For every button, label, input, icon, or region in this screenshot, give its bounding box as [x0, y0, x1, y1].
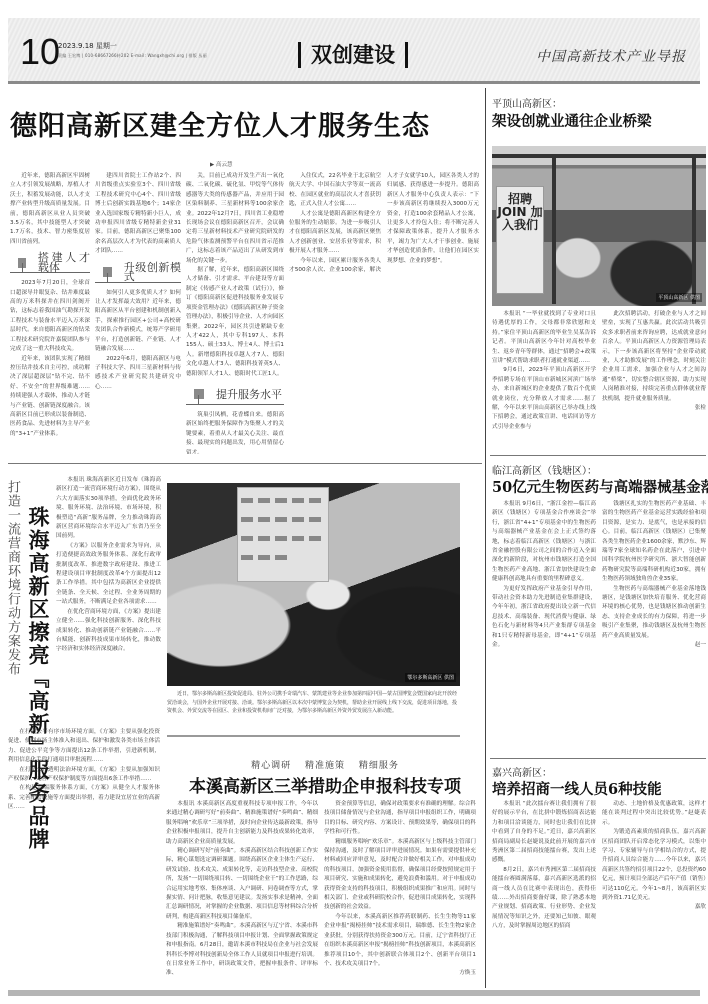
linjiang-kicker: 临江高新区（钱塘区）： [492, 462, 597, 477]
paragraph: 8月2日，嘉兴市秀洲区第二届招商技能擂台赛圆满落幕，嘉兴高新区选派的招商一线人员… [492, 866, 596, 932]
paragraph: 本报讯 珠海高新区近日发布《珠海高新区打造一流营商环境行动方案》，围绕从六大方面… [56, 476, 161, 542]
paragraph: 精准施策谱好“奏鸣曲”。本溪高新区与辽宁省、本溪市科技部门积极沟通，了解科技项目… [166, 922, 318, 978]
subhead-marker-icon [194, 389, 204, 399]
paragraph: 在打造公平有序市场环境方面，《方案》主要从强化投资促进、便利市场主体准入和退出、… [8, 728, 160, 766]
paragraph: 关，目前已成功开发生产出一氧化碳、二氧化碳、硫化氢、甲烷等气体传感器等大类的传感… [186, 172, 284, 266]
subhead-2: 升级创新模式 [95, 263, 181, 283]
page-number: 10 [20, 34, 60, 70]
pingdingshan-headline: 架设创就业通往企业桥梁 [492, 110, 652, 131]
paragraph: 在打造公正透明法治环境方面，《方案》主要从加强知识产权保护、完善产权保护制度等方… [8, 766, 160, 785]
lead-column-2: 建四川省院士工作站2个、四川省级重点实验室3个、四川省级工程技术研究中心4个、四… [95, 172, 181, 454]
subhead-marker-icon [18, 258, 26, 268]
paragraph: 筑巢引凤栖，花香蝶自来。德阳高新区始终把服务保障作为集聚人才的关键要素，着重从人… [186, 411, 284, 454]
paragraph: 动态、土地价格及优惠政策，这样才能在谈判过程中突出比较优势。”赵婕表示。 [602, 800, 706, 828]
subhead-1: 搭建人才载体 [10, 253, 90, 273]
divider [8, 463, 482, 464]
lead-byline: ▶ 高云慧 [210, 160, 232, 168]
paragraph: 《方案》以服务企业需求为导向，从打造便捷高效政务服务体系、深化行政审批制度改革、… [56, 542, 161, 608]
subhead-marker-icon [103, 267, 112, 277]
jiaxing-kicker: 嘉兴高新区： [492, 764, 552, 779]
lead-column-3: 关，目前已成功开发生产出一氧化碳、二氧化碳、硫化氢、甲烷等气体传感器等大类的传感… [186, 172, 284, 454]
paragraph: 近年来，德阳高新区牢固树立人才引领发展战略，厚植人才沃土，积蓄发展动能，以人才支… [10, 172, 90, 247]
column-divider [485, 88, 486, 988]
paragraph: 据了解，近年来，德阳高新区围绕人才储备、引才需求、平台建设等方面制定《传感产业人… [186, 266, 284, 379]
recruitment-sign: 招聘 JOIN 加入我们 [496, 186, 544, 294]
issue-date: 2023.9.18 星期一 [58, 41, 117, 51]
divider [490, 758, 706, 759]
masthead: 10 2023.9.18 星期一 责编 王宏博 | 010-68667266转2… [8, 18, 700, 84]
paragraph: 资金预算等信息，确保对政策要求有准确的理解。综合科技项目储备情况与企业沟通，指导… [324, 800, 476, 838]
paragraph: 人才公寓是德阳高新区构建全方位服务的生动缩影。为进一步吸引人才在德阳高新区发展，… [289, 210, 381, 257]
linjiang-headline: 50亿元生物医药与高端器械基金落地 [492, 476, 708, 497]
editor-meta: 责编 王宏博 | 010-68667266转202 E-mail: Wangxh… [58, 53, 207, 59]
paragraph: 2023年7月20日，全球首口超深导井眼复杂、钻井难度最高的万米科探井在四川剑阁… [10, 279, 90, 354]
benxi-headline: 本溪高新区三举措助企申报科技专项 [160, 772, 490, 797]
paragraph: 在优化营商环境方面，《方案》提出建立健全……强化科技创新服务、深化科技成果转化、… [56, 608, 161, 655]
zhuhai-kicker: 打造一流营商环境行动方案发布 [6, 480, 20, 676]
pingdingshan-signature: 张检 [695, 404, 706, 413]
paragraph: 生物医药与高端器械产业基金落地钱塘区，是钱塘区加快培育服务、优化营商环境的核心优… [602, 585, 706, 641]
paragraph: 建四川省院士工作站2个、四川省级重点实验室3个、四川省级工程技术研究中心4个、四… [95, 172, 181, 257]
benxi-column-1: 本报讯 本溪高新区高度重视科技专项申报工作，今年以来通过精心调研写好“前奏曲”、… [166, 800, 318, 986]
photo-credit: 鄂尔多斯高新区 供图 [405, 673, 456, 682]
paragraph: 如何引人更多优质人才？如何让人才发挥最大效用？近年来，德阳高新区从平台创建和机制… [95, 289, 181, 355]
paragraph: 此次招聘活动，打破企业与人才之间壁垒，实现了互惠共赢。此次活动共吸引众多求职者前… [602, 310, 706, 404]
pingdingshan-column-2: 此次招聘活动，打破企业与人才之间壁垒，实现了互惠共赢。此次活动共吸引众多求职者前… [602, 310, 706, 450]
newspaper-logo: 中国高新技术产业导报 [536, 46, 686, 66]
paragraph: 本报讯 “一毕业就找到了专业对口且待遇优厚的工作，父母都非常欣慰和支持。”家住平… [492, 310, 596, 366]
paragraph: 精细服务唱响“欢乐章”。本溪高新区与上级科技主管部门保持沟通，及时了解项目评审进… [324, 838, 476, 913]
paragraph: 9月6日，2023年平顶山高新区开学季招聘专场在平顶山市新城区河滨广场举办，来自… [492, 366, 596, 432]
paragraph: 在构建高端服务体系方面，《方案》从健全人才服务体系、完善配套设施等方面提出举措，… [8, 784, 160, 812]
paragraph: 入住仪式，22名毕业于北京航空航天大学、中国石油大学等双一流高校、在园区就业的高… [289, 172, 381, 210]
zhuhai-column-1: 本报讯 珠海高新区近日发布《珠海高新区打造一流营商环境行动方案》，围绕从六大方面… [56, 476, 161, 726]
pingdingshan-kicker: 平顶山高新区： [492, 95, 562, 110]
jiaxing-column-1: 本报讯 “此次擂台赛让我们拥有了很好的展示平台，在比拼中锻炼招商表达能力和项目洽… [492, 800, 596, 986]
benxi-column-2: 资金预算等信息，确保对政策要求有准确的理解。综合科技项目储备情况与企业沟通，指导… [324, 800, 476, 986]
jiaxing-signature: 嘉欣 [695, 903, 706, 912]
caption-rule [167, 735, 460, 737]
paragraph: 今年以来，本溪高新区推荐药联制药、长生生物等11家企业申报“揭榜挂帅”技术需求项… [324, 913, 476, 969]
paragraph: 精心调研写好“前奏曲”。本溪高新区结合科技创新工作实际，精心谋划选定调研课题。围… [166, 847, 318, 922]
pingdingshan-column-1: 本报讯 “一毕业就找到了专业对口且待遇优厚的工作，父母都非常欣慰和支持。”家住平… [492, 310, 596, 450]
footer-rule [8, 990, 700, 996]
linjiang-column-1: 本报讯 9月6日，“浙江金控—临江高新区（钱塘区）专项基金合作座谈会”举行，浙江… [492, 500, 596, 755]
lead-headline: 德阳高新区建全方位人才服务生态 [10, 104, 430, 143]
divider [490, 455, 706, 456]
ordos-meeting-photo: 鄂尔多斯高新区 供图 [167, 483, 460, 686]
exhibition-screen [237, 487, 329, 582]
jiaxing-column-2: 动态、土地价格及优惠政策，这样才能在谈判过程中突出比较优势。”赵婕表示。 为锻造… [602, 800, 706, 986]
photo-caption: 近日，鄂尔多斯高新区投资促进局、驻外公司携手奇瑞汽车、蒙凯建业等企业参加第四届中… [167, 690, 460, 716]
paragraph: 近年来，该团队实现了精细控压钻井技术自主可控，成功解决了深层超深层“钻不完、钻不… [10, 355, 90, 440]
linjiang-column-2: 钱塘区扎实的生物医药产业基础、丰富的生物医药产业基金运营实践经验和项目资源，是实… [602, 500, 706, 755]
job-fair-photo: 招聘 JOIN 加入我们 平顶山高新区 供图 [492, 146, 706, 306]
paragraph: 2022年6月，德阳高新区与电子科技大学、四川三星新材料与传感技术产业研究院共建… [95, 355, 181, 393]
benxi-signature: 方焕玉 [459, 969, 476, 978]
lead-column-4: 入住仪式，22名毕业于北京航空航天大学、中国石油大学等双一流高校、在园区就业的高… [289, 172, 479, 454]
subhead-3: 提升服务水平 [186, 385, 284, 405]
paragraph: 钱塘区扎实的生物医药产业基础、丰富的生物医药产业基金运营实践经验和项目资源，是实… [602, 500, 706, 585]
paragraph: 为更好发挥政府产业基金引导作用，带动社会资本助力先进制造业集群建设，今年年初，浙… [492, 585, 596, 651]
benxi-kicker: 精心调研 精准施策 精细服务 [160, 758, 490, 771]
section-title: 双创建设 [298, 42, 408, 68]
paragraph: 本报讯 “此次擂台赛让我们拥有了很好的展示平台，在比拼中锻炼招商表达能力和项目洽… [492, 800, 596, 866]
photo-credit: 平顶山高新区 供图 [656, 293, 702, 302]
zhuhai-column-2: 在打造公平有序市场环境方面，《方案》主要从强化投资促进、便利市场主体准入和退出、… [8, 728, 160, 984]
paragraph: 为锻造高素质的招商队伍，嘉兴高新区招商团队开启常态化学习模式，以集中学习、专家辅… [602, 828, 706, 903]
linjiang-signature: 赵一 [695, 641, 706, 650]
paragraph: 本报讯 本溪高新区高度重视科技专项申报工作，今年以来通过精心调研写好“前奏曲”、… [166, 800, 318, 847]
lead-column-1: 近年来，德阳高新区牢固树立人才引领发展战略，厚植人才沃土，积蓄发展动能，以人才支… [10, 172, 90, 454]
jiaxing-headline: 培养招商一线人员6种技能 [492, 778, 662, 799]
paragraph: 本报讯 9月6日，“浙江金控—临江高新区（钱塘区）专项基金合作座谈会”举行，浙江… [492, 500, 596, 585]
